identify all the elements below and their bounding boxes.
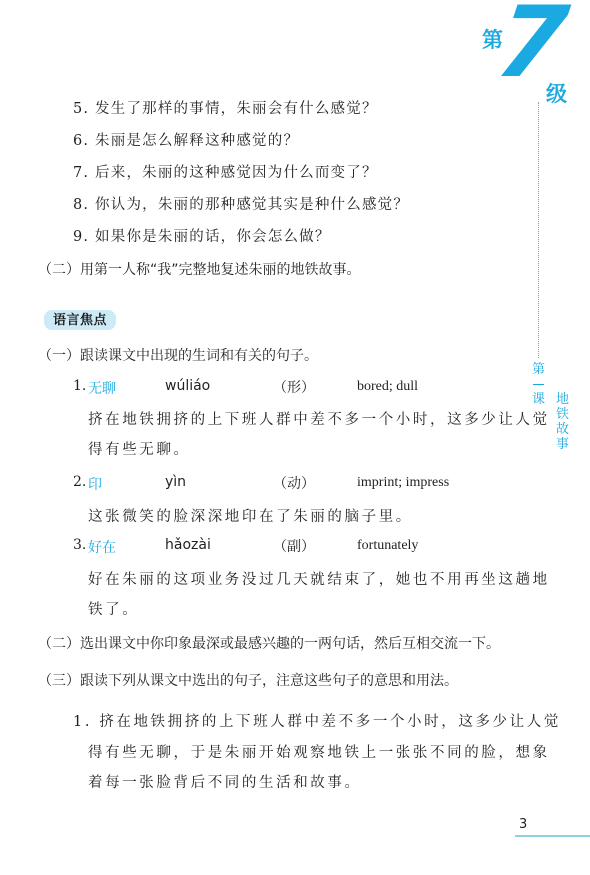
side-dotted-divider <box>538 102 539 358</box>
vocab-pinyin: wúliáo <box>165 378 210 394</box>
page-number: 3 <box>519 817 527 832</box>
vocab-part-of-speech: （副） <box>273 536 315 556</box>
lesson-char: 第 <box>531 362 546 377</box>
question-5: 5. 发生了那样的事情，朱丽会有什么感觉？ <box>73 97 378 118</box>
vocab-example-line: 这张微笑的脸深深地印在了朱丽的脑子里。 <box>88 505 413 526</box>
retell-task: （二）用第一人称“我”完整地复述朱丽的地铁故事。 <box>38 259 361 279</box>
lesson-title-char: 地 <box>555 392 570 407</box>
lesson-char: 课 <box>531 392 546 407</box>
question-6: 6. 朱丽是怎么解释这种感觉的？ <box>73 129 299 150</box>
part2-instruction: （二）选出课文中你印象最深或最感兴趣的一两句话，然后互相交流一下。 <box>38 633 500 653</box>
vocab-english: bored; dull <box>357 379 418 395</box>
vocab-word: 印 <box>88 474 102 494</box>
lesson-number-vertical: 第 课 <box>531 362 546 407</box>
vocab-example-line: 得有些无聊。 <box>88 438 191 459</box>
footer-rule <box>515 835 590 837</box>
vocab-pinyin: hǎozài <box>165 537 211 553</box>
grade-badge: 第 7 级 <box>470 10 590 110</box>
sentence-line: 1. 挤在地铁拥挤的上下班人群中差不多一个小时，这多少让人觉 <box>73 710 561 731</box>
part1-instruction: （一）跟读课文中出现的生词和有关的句子。 <box>38 345 318 365</box>
grade-suffix: 级 <box>546 78 567 108</box>
vocab-number: 3. <box>73 537 86 553</box>
language-focus-badge: 语言焦点 <box>44 310 116 330</box>
lesson-title-vertical: 地 铁 故 事 <box>555 392 570 452</box>
question-8: 8. 你认为，朱丽的那种感觉其实是种什么感觉？ <box>73 193 409 214</box>
vocab-part-of-speech: （动） <box>273 473 315 493</box>
vocab-number: 1. <box>73 378 86 394</box>
sentence-line: 着每一张脸背后不同的生活和故事。 <box>88 771 362 792</box>
lesson-char-yi <box>531 377 546 392</box>
vocab-number: 2. <box>73 474 86 490</box>
vocab-word: 无聊 <box>88 378 116 398</box>
lesson-title-char: 铁 <box>555 407 570 422</box>
part3-instruction: （三）跟读下列从课文中选出的句子，注意这些句子的意思和用法。 <box>38 670 458 690</box>
vocab-example-line: 好在朱丽的这项业务没过几天就结束了，她也不用再坐这趟地 <box>88 568 550 589</box>
question-7: 7. 后来，朱丽的这种感觉因为什么而变了？ <box>73 161 378 182</box>
vocab-example-line: 挤在地铁拥挤的上下班人群中差不多一个小时，这多少让人觉 <box>88 408 550 429</box>
vocab-word: 好在 <box>88 537 116 557</box>
vocab-english: fortunately <box>357 538 418 554</box>
lesson-title-char: 事 <box>555 437 570 452</box>
vocab-pinyin: yìn <box>165 474 186 490</box>
question-9: 9. 如果你是朱丽的话，你会怎么做？ <box>73 225 331 246</box>
sentence-line: 得有些无聊，于是朱丽开始观察地铁上一张张不同的脸，想象 <box>88 741 550 762</box>
vocab-part-of-speech: （形） <box>273 377 315 397</box>
vocab-english: imprint; impress <box>357 475 449 491</box>
lesson-title-char: 故 <box>555 422 570 437</box>
vocab-example-line: 铁了。 <box>88 598 139 619</box>
